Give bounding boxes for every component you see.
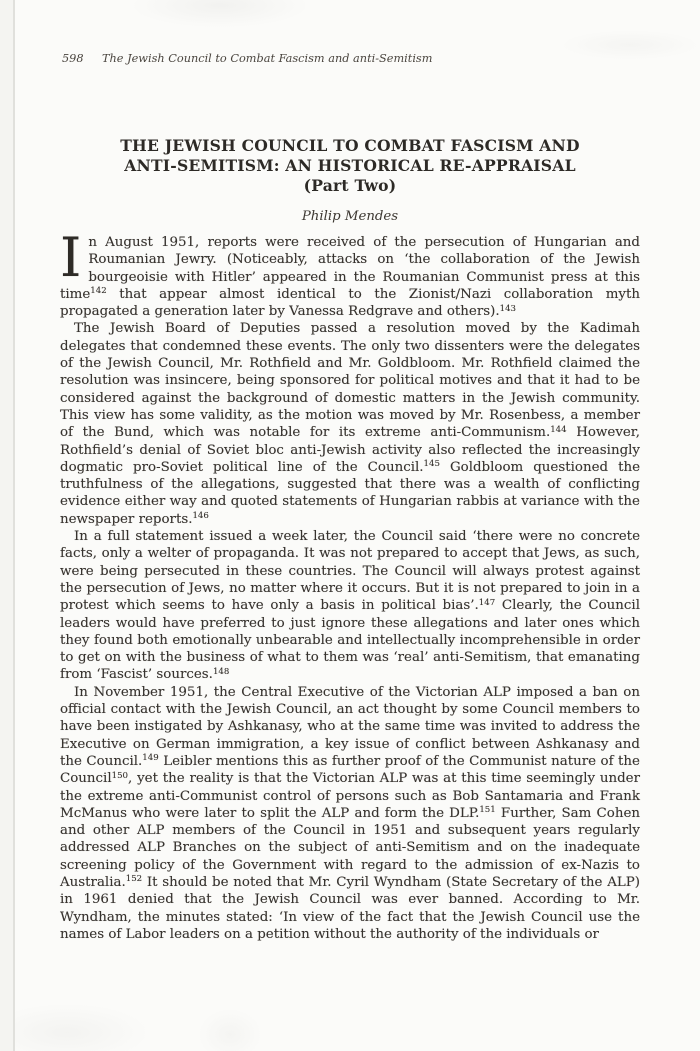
footnote-reference: 152 xyxy=(126,874,142,884)
article-title-line1: THE JEWISH COUNCIL TO COMBAT FASCISM AND xyxy=(60,136,640,156)
drop-cap: I xyxy=(60,234,88,284)
body-paragraph: In November 1951, the Central Executive … xyxy=(60,684,640,943)
running-title: The Jewish Council to Combat Fascism and… xyxy=(102,52,432,65)
page-number: 598 xyxy=(62,52,102,65)
title-block: THE JEWISH COUNCIL TO COMBAT FASCISM AND… xyxy=(60,136,640,224)
footnote-reference: 147 xyxy=(479,598,495,608)
footnote-reference: 146 xyxy=(192,511,208,521)
footnote-reference: 151 xyxy=(479,805,495,815)
scan-smudge xyxy=(130,0,310,28)
footnote-reference: 149 xyxy=(142,753,158,763)
footnote-reference: 144 xyxy=(550,425,566,435)
body-paragraph: In August 1951, reports were received of… xyxy=(60,234,640,320)
article-title-line2: ANTI-SEMITISM: AN HISTORICAL RE-APPRAISA… xyxy=(60,156,640,176)
article-body: In August 1951, reports were received of… xyxy=(60,234,640,943)
footnote-reference: 142 xyxy=(90,286,106,296)
scan-smudge xyxy=(200,1010,260,1051)
scanned-journal-page: 598The Jewish Council to Combat Fascism … xyxy=(0,0,700,1051)
body-paragraph: The Jewish Board of Deputies passed a re… xyxy=(60,320,640,528)
footnote-reference: 148 xyxy=(213,667,229,677)
scan-smudge xyxy=(15,1005,145,1051)
body-paragraph: In a full statement issued a week later,… xyxy=(60,528,640,684)
footnote-reference: 143 xyxy=(500,304,516,314)
running-header: 598The Jewish Council to Combat Fascism … xyxy=(62,52,640,65)
scan-edge-artifact xyxy=(0,0,15,1051)
footnote-reference: 150 xyxy=(112,771,128,781)
article-title-line3: (Part Two) xyxy=(60,176,640,196)
footnote-reference: 145 xyxy=(424,459,440,469)
article-title: THE JEWISH COUNCIL TO COMBAT FASCISM AND… xyxy=(60,136,640,196)
author-name: Philip Mendes xyxy=(60,209,640,224)
